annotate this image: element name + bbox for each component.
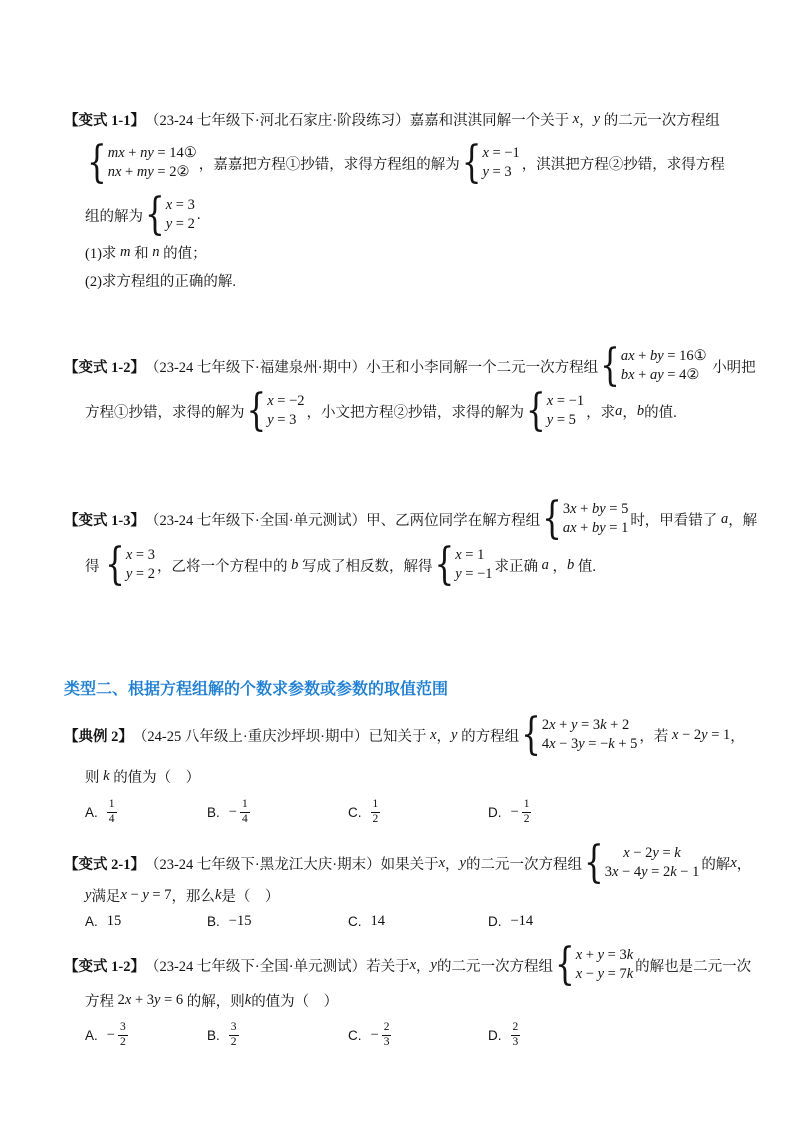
math-char: n xyxy=(108,164,115,180)
equation-system: {x = −2y = 3 xyxy=(247,392,305,430)
problem-text: ， xyxy=(737,853,752,874)
left-brace-icon: { xyxy=(247,389,267,433)
problem-text: 则 xyxy=(85,766,103,787)
math-char: 3 xyxy=(289,412,296,428)
left-brace-icon: { xyxy=(145,193,165,237)
problem-text: ，那么 xyxy=(171,885,215,906)
options-row: A.−32B.32C.−23D.23 xyxy=(64,1014,749,1056)
equation: y = −1 xyxy=(455,565,492,584)
problem-text: ， xyxy=(437,725,452,746)
option-label: D. xyxy=(488,805,502,820)
math-char: ② xyxy=(176,164,189,180)
equation: 4x − 3y = −k + 5 xyxy=(542,735,638,754)
math-char: − xyxy=(131,887,139,903)
fraction-numerator: 1 xyxy=(371,798,381,813)
equation: y = 2 xyxy=(126,565,155,584)
problem-text: ，嘉嘉把方程①抄错，求得方程组的解为 xyxy=(199,153,460,174)
equation-system: {x = −1y = 5 xyxy=(526,392,584,430)
math-char: = xyxy=(557,412,565,428)
equation: bx + ay = 4② xyxy=(621,366,700,385)
problem-block: 【变式 2-1】（23-24 七年级下·黑龙江大庆·期末）如果关于x，y的二元一… xyxy=(64,844,749,934)
math-char: 1 xyxy=(477,547,484,563)
math-char: b xyxy=(621,367,628,383)
option-label: D. xyxy=(488,1028,502,1043)
option-value: −14 xyxy=(511,913,534,930)
math-char: + xyxy=(586,947,594,963)
math-inline: b xyxy=(291,557,298,574)
math-char: 2 xyxy=(148,566,155,582)
equation-system: {x = −1y = 3 xyxy=(462,144,520,182)
left-brace-icon: { xyxy=(555,943,575,987)
math-char: a xyxy=(615,403,622,419)
system-equations: x = −1y = 5 xyxy=(547,392,584,430)
equation: 3x − 4y = 2k − 1 xyxy=(605,863,700,882)
math-inline: b xyxy=(637,403,644,420)
left-brace-icon: { xyxy=(462,141,482,185)
system-equations: 2x + y = 3k + 24x − 3y = −k + 5 xyxy=(542,716,638,754)
problem-text: 的二元一次方程组 xyxy=(600,109,720,130)
equation: y = 2 xyxy=(166,215,195,234)
problem-text: 的二元一次方程组 xyxy=(437,955,553,976)
equation-system: {x + y = 3kx − y = 7k xyxy=(555,946,633,984)
problem-text: 的值为（ ） xyxy=(251,990,338,1011)
text-line: 方程 2x + 3y = 6 的解，则k的值为（ ） xyxy=(64,986,749,1014)
math-char: = xyxy=(608,947,616,963)
equation-system: {x = 3y = 2 xyxy=(145,196,195,234)
math-char: 1 xyxy=(577,393,584,409)
fraction-denominator: 2 xyxy=(522,813,532,827)
math-char: = xyxy=(152,887,160,903)
equation-system: {3x + by = 5ax + by = 1 xyxy=(542,500,628,538)
problem-text: 得 xyxy=(85,555,103,576)
math-char: + xyxy=(135,992,143,1008)
equation-system: {x − 2y = k3x − 4y = 2k − 1 xyxy=(584,844,699,882)
math-char: = xyxy=(136,566,144,582)
math-char: m xyxy=(137,164,147,180)
problem-text: 的方程组 xyxy=(457,725,519,746)
fraction-stack: 14 xyxy=(240,798,250,827)
problem-text: 时，甲看错了 xyxy=(630,509,721,530)
fraction-denominator: 3 xyxy=(511,1036,521,1050)
option-label: C. xyxy=(348,1028,362,1043)
option-value: 15 xyxy=(107,913,122,930)
option-label: B. xyxy=(207,805,220,820)
fraction-numerator: 1 xyxy=(522,798,532,813)
option-item: A.15 xyxy=(85,913,207,930)
problem-text: 值. xyxy=(574,555,596,576)
problem-text: ，若 xyxy=(639,725,672,746)
text-line: (2)求方程组的正确的解. xyxy=(64,266,749,294)
equation: y = 3 xyxy=(267,411,296,430)
left-brace-icon: { xyxy=(526,389,546,433)
math-char: = xyxy=(493,145,501,161)
math-char: = xyxy=(557,393,565,409)
math-char: a xyxy=(621,348,628,364)
left-brace-icon: { xyxy=(105,543,125,587)
fraction: −14 xyxy=(229,798,250,827)
left-brace-icon: { xyxy=(434,543,454,587)
option-label: B. xyxy=(207,914,220,929)
math-char: 3 xyxy=(188,197,195,213)
option-item: B.32 xyxy=(207,1021,348,1050)
math-char: 2 xyxy=(118,992,125,1008)
math-char: 1 xyxy=(621,520,628,536)
option-value: −15 xyxy=(229,913,252,930)
text-line: 【典例 2】（24-25 八年级上·重庆沙坪坝·期中）已知关于 x，y 的方程组… xyxy=(64,708,749,762)
text-line: 【变式 1-3】（23-24 七年级下·全国·单元测试）甲、乙两位同学在解方程组… xyxy=(64,496,749,542)
math-char: 7 xyxy=(619,966,626,982)
math-char: 3 xyxy=(593,717,600,733)
problem-block: 【变式 1-2】（23-24 七年级下·福建泉州·期中）小王和小李同解一个二元一… xyxy=(64,342,749,432)
math-char: k xyxy=(627,947,633,963)
equation: x + y = 3k xyxy=(576,946,633,965)
math-char: − xyxy=(586,966,594,982)
problem-label: 【变式 1-2】 xyxy=(64,955,145,976)
problem-block: 【变式 1-3】（23-24 七年级下·全国·单元测试）甲、乙两位同学在解方程组… xyxy=(64,496,749,588)
problem-label: 【变式 1-3】 xyxy=(64,509,145,530)
fraction-denominator: 3 xyxy=(382,1036,392,1050)
document-page: 【变式 1-1】（23-24 七年级下·河北石家庄·阶段练习）嘉嘉和淇淇同解一个… xyxy=(0,0,793,1122)
option-item: D.23 xyxy=(488,1021,520,1050)
equation-system: {x = 3y = 2 xyxy=(105,546,155,584)
system-equations: ax + by = 16①bx + ay = 4② xyxy=(621,347,707,385)
fraction: 32 xyxy=(229,1021,239,1050)
math-char: 2 xyxy=(297,393,304,409)
math-char: 7 xyxy=(164,887,171,903)
problem-text: ，小文把方程②抄错，求得的解为 xyxy=(307,401,525,422)
problem-block: 【变式 1-1】（23-24 七年级下·河北石家庄·阶段练习）嘉嘉和淇淇同解一个… xyxy=(64,104,749,294)
text-line: 得 {x = 3y = 2，乙将一个方程中的 b 写成了相反数，解得{x = 1… xyxy=(64,542,749,588)
math-char: 3 xyxy=(147,992,154,1008)
fraction: −23 xyxy=(371,1021,392,1050)
math-char: 3 xyxy=(148,547,155,563)
equation: x = 3 xyxy=(166,196,195,215)
text-line: 组的解为{x = 3y = 2. xyxy=(64,192,749,238)
fraction-stack: 23 xyxy=(511,1021,521,1050)
system-equations: 3x + by = 5ax + by = 1 xyxy=(563,500,629,538)
text-line: 则 k 的值为（ ） xyxy=(64,762,749,790)
math-char: 1 xyxy=(485,566,492,582)
math-char: b xyxy=(291,557,298,573)
equation-system: {mx + ny = 14①nx + my = 2② xyxy=(87,144,197,182)
problem-text: 方程 xyxy=(85,990,118,1011)
option-label: A. xyxy=(85,1028,98,1043)
fraction-stack: 32 xyxy=(229,1021,239,1050)
equation: x = −1 xyxy=(547,392,584,411)
left-brace-icon: { xyxy=(521,713,541,757)
fraction-numerator: 3 xyxy=(229,1021,239,1036)
problem-text: 的值. xyxy=(644,401,677,422)
problem-text: （23-24 七年级下·河北石家庄·阶段练习）嘉嘉和淇淇同解一个关于 xyxy=(145,109,573,130)
math-inline: a xyxy=(615,403,622,420)
option-item: C.−23 xyxy=(348,1021,488,1050)
problem-text: ，求 xyxy=(586,401,615,422)
fraction-numerator: 1 xyxy=(240,798,250,813)
option-value: 14 xyxy=(371,913,386,930)
math-char: 1 xyxy=(723,727,730,743)
math-char: k xyxy=(627,966,633,982)
options-row: A.15B.−15C.14D.−14 xyxy=(64,908,749,934)
equation: x − 2y = k xyxy=(623,844,680,863)
fraction-stack: 14 xyxy=(107,798,117,827)
fraction-numerator: 3 xyxy=(118,1021,128,1036)
left-brace-icon: { xyxy=(600,344,620,388)
equation: x = 3 xyxy=(126,546,155,565)
math-char: 4 xyxy=(542,736,549,752)
text-line: 【变式 1-2】（23-24 七年级下·福建泉州·期中）小王和小李同解一个二元一… xyxy=(64,342,749,390)
problem-text: 和 xyxy=(131,242,153,263)
problem-text: 组的解为 xyxy=(85,205,143,226)
equation: mx + ny = 14① xyxy=(108,144,197,163)
math-char: ① xyxy=(184,145,197,161)
fraction: −32 xyxy=(107,1021,128,1050)
equation-system: {ax + by = 16①bx + ay = 4② xyxy=(600,347,706,385)
math-char: 2 xyxy=(622,717,629,733)
system-equations: mx + ny = 14①nx + my = 2② xyxy=(108,144,197,182)
math-char: = xyxy=(136,547,144,563)
fraction-numerator: 2 xyxy=(511,1021,521,1036)
fraction: 14 xyxy=(107,798,117,827)
math-char: + xyxy=(618,736,626,752)
equation: nx + my = 2② xyxy=(108,163,190,182)
equation: ax + by = 16① xyxy=(621,347,707,366)
math-char: b xyxy=(567,557,574,573)
fraction: −12 xyxy=(511,798,532,827)
problem-text: ， xyxy=(579,109,594,130)
system-equations: x = 1y = −1 xyxy=(455,546,492,584)
text-line: (1)求 m 和 n 的值； xyxy=(64,238,749,266)
math-char: 1 xyxy=(513,145,520,161)
math-char: = xyxy=(176,216,184,232)
fraction-denominator: 2 xyxy=(371,813,381,827)
problem-label: 【变式 2-1】 xyxy=(64,853,145,874)
minus-sign: − xyxy=(229,804,237,821)
math-inline: m xyxy=(120,244,130,261)
math-char: = xyxy=(581,717,589,733)
math-char: 4 xyxy=(176,145,183,161)
fraction-denominator: 2 xyxy=(229,1036,239,1050)
problem-label: 【变式 1-1】 xyxy=(64,109,145,130)
fraction-denominator: 2 xyxy=(118,1036,128,1050)
math-char: m xyxy=(108,145,118,161)
problem-label: 【典例 2】 xyxy=(64,725,133,746)
option-item: C.14 xyxy=(348,913,488,930)
system-equations: x = −2y = 3 xyxy=(267,392,304,430)
math-char: 3 xyxy=(619,947,626,963)
option-label: A. xyxy=(85,805,98,820)
math-char: 6 xyxy=(686,348,693,364)
text-line: 【变式 2-1】（23-24 七年级下·黑龙江大庆·期末）如果关于x，y的二元一… xyxy=(64,844,749,882)
fraction: 23 xyxy=(511,1021,521,1050)
fraction-numerator: 2 xyxy=(382,1021,392,1036)
math-char: 3 xyxy=(563,501,570,517)
problem-text: ， xyxy=(445,853,460,874)
math-char: k xyxy=(674,845,680,861)
option-label: A. xyxy=(85,914,98,929)
equation: x = −2 xyxy=(267,392,304,411)
math-char: = xyxy=(176,197,184,213)
problem-text: (2)求方程组的正确的解. xyxy=(85,270,236,291)
equation: y = 3 xyxy=(482,163,511,182)
math-inline: x − 2y = 1 xyxy=(672,727,730,744)
option-item: D.−12 xyxy=(488,798,531,827)
math-char: n xyxy=(152,244,159,260)
equation: x = −1 xyxy=(482,144,519,163)
option-item: C.12 xyxy=(348,798,488,827)
problem-text: （23-24 七年级下·全国·单元测试）若关于 xyxy=(145,955,410,976)
problem-text: 方程①抄错，求得的解为 xyxy=(85,401,245,422)
problem-text: （23-24 七年级下·黑龙江大庆·期末）如果关于 xyxy=(145,853,439,874)
system-equations: x = −1y = 3 xyxy=(482,144,519,182)
math-char: 5 xyxy=(621,501,628,517)
problem-text: 写成了相反数，解得 xyxy=(298,555,432,576)
math-char: 5 xyxy=(569,412,576,428)
text-line: y满足x − y = 7，那么k是（ ） xyxy=(64,882,749,908)
math-char: b xyxy=(637,403,644,419)
equation: 2x + y = 3k + 2 xyxy=(542,716,629,735)
math-char: ② xyxy=(686,367,699,383)
system-equations: x + y = 3kx − y = 7k xyxy=(576,946,633,984)
math-char: ① xyxy=(694,348,707,364)
math-char: 4 xyxy=(634,864,641,880)
equation: ax + by = 1 xyxy=(563,519,629,538)
section-heading: 类型二、根据方程组解的个数求参数或参数的取值范围 xyxy=(64,674,749,700)
problem-text: . xyxy=(197,207,201,224)
system-equations: x = 3y = 2 xyxy=(126,546,155,584)
problem-text: （24-25 八年级上·重庆沙坪坝·期中）已知关于 xyxy=(133,725,430,746)
minus-sign: − xyxy=(511,804,519,821)
math-char: a xyxy=(721,511,728,527)
option-label: D. xyxy=(488,914,502,929)
math-inline: a xyxy=(542,557,549,574)
math-char: m xyxy=(120,244,130,260)
problem-label: 【变式 1-2】 xyxy=(64,356,145,377)
math-char: 3 xyxy=(504,164,511,180)
equation: 3x + by = 5 xyxy=(563,500,629,519)
problem-text: 的二元一次方程组 xyxy=(466,853,582,874)
problem-text: ， xyxy=(416,955,431,976)
problem-text: ，解 xyxy=(728,509,757,530)
problem-text: 的解也是二元一次 xyxy=(635,955,751,976)
problem-text: (1)求 xyxy=(85,242,120,263)
option-item: B.−15 xyxy=(207,913,348,930)
math-char: − xyxy=(633,845,641,861)
problem-text: ， xyxy=(549,555,567,576)
math-char: 5 xyxy=(630,736,637,752)
text-line: 方程①抄错，求得的解为{x = −2y = 3，小文把方程②抄错，求得的解为{x… xyxy=(64,390,749,432)
left-brace-icon: { xyxy=(542,497,562,541)
math-char: = xyxy=(493,164,501,180)
problem-block: 【变式 1-2】（23-24 七年级下·全国·单元测试）若关于x，y的二元一次方… xyxy=(64,944,749,1056)
problem-text: ，乙将一个方程中的 xyxy=(157,555,291,576)
text-line: 【变式 1-1】（23-24 七年级下·河北石家庄·阶段练习）嘉嘉和淇淇同解一个… xyxy=(64,104,749,134)
problem-text: 的值； xyxy=(160,242,207,263)
option-label: C. xyxy=(348,805,362,820)
equation: x − y = 7k xyxy=(576,965,633,984)
fraction-stack: 12 xyxy=(371,798,381,827)
math-inline: n xyxy=(152,244,159,261)
fraction-numerator: 1 xyxy=(107,798,117,813)
option-label: C. xyxy=(348,914,362,929)
fraction-denominator: 4 xyxy=(240,813,250,827)
math-inline: 2x + 3y = 6 xyxy=(118,992,184,1009)
minus-sign: − xyxy=(371,1027,379,1044)
equation-system: {2x + y = 3k + 24x − 3y = −k + 5 xyxy=(521,716,637,754)
problem-text: 满足 xyxy=(91,885,120,906)
math-char: 1 xyxy=(692,864,699,880)
fraction: 12 xyxy=(371,798,381,827)
fraction-denominator: 4 xyxy=(107,813,117,827)
math-inline: x − y = 7 xyxy=(120,887,171,904)
math-char: = xyxy=(662,845,670,861)
fraction-stack: 32 xyxy=(118,1021,128,1050)
problem-text: （23-24 七年级下·福建泉州·期中）小王和小李同解一个二元一次方程组 xyxy=(145,356,598,377)
problem-text: 的解 xyxy=(701,853,730,874)
options-row: A.14B.−14C.12D.−12 xyxy=(64,790,749,834)
problem-text: 是（ ） xyxy=(221,885,279,906)
problem-block: 【典例 2】（24-25 八年级上·重庆沙坪坝·期中）已知关于 x，y 的方程组… xyxy=(64,708,749,834)
problem-text: 小明把 xyxy=(709,356,756,377)
math-char: + xyxy=(125,164,133,180)
problem-text: ，淇淇把方程②抄错，求得方程 xyxy=(522,153,725,174)
problem-text: 的解，则 xyxy=(183,990,245,1011)
math-char: = xyxy=(608,966,616,982)
problem-text: ， xyxy=(622,401,637,422)
equation: x = 1 xyxy=(455,546,484,565)
problem-text: （23-24 七年级下·全国·单元测试）甲、乙两位同学在解方程组 xyxy=(145,509,540,530)
option-item: D.−14 xyxy=(488,913,533,930)
math-inline: a xyxy=(721,511,728,528)
math-char: a xyxy=(563,520,570,536)
equation-system: {x = 1y = −1 xyxy=(434,546,492,584)
math-char: 3 xyxy=(605,864,612,880)
minus-sign: − xyxy=(107,1027,115,1044)
math-char: − xyxy=(504,145,512,161)
equation: y = 5 xyxy=(547,411,576,430)
problem-text: ， xyxy=(730,725,745,746)
system-equations: x = 3y = 2 xyxy=(166,196,195,234)
math-char: = xyxy=(157,164,165,180)
math-char: 2 xyxy=(542,717,549,733)
fraction-stack: 23 xyxy=(382,1021,392,1050)
math-char: 6 xyxy=(176,992,183,1008)
option-item: A.14 xyxy=(85,798,207,827)
problem-text: 的值为（ ） xyxy=(110,766,201,787)
system-equations: x − 2y = k3x − 4y = 2k − 1 xyxy=(605,844,700,882)
math-inline: b xyxy=(567,557,574,574)
option-label: B. xyxy=(207,1028,220,1043)
math-char: − xyxy=(569,393,577,409)
math-char: − xyxy=(622,864,630,880)
left-brace-icon: { xyxy=(87,141,107,185)
problem-text: 求正确 xyxy=(495,555,542,576)
math-char: a xyxy=(542,557,549,573)
fraction-stack: 12 xyxy=(522,798,532,827)
left-brace-icon: { xyxy=(584,841,604,885)
option-item: B.−14 xyxy=(207,798,348,827)
text-line: {mx + ny = 14①nx + my = 2②，嘉嘉把方程①抄错，求得方程… xyxy=(64,134,749,192)
math-char: = xyxy=(157,145,165,161)
math-char: 2 xyxy=(188,216,195,232)
option-item: A.−32 xyxy=(85,1021,207,1050)
text-line: 【变式 1-2】（23-24 七年级下·全国·单元测试）若关于x，y的二元一次方… xyxy=(64,944,749,986)
